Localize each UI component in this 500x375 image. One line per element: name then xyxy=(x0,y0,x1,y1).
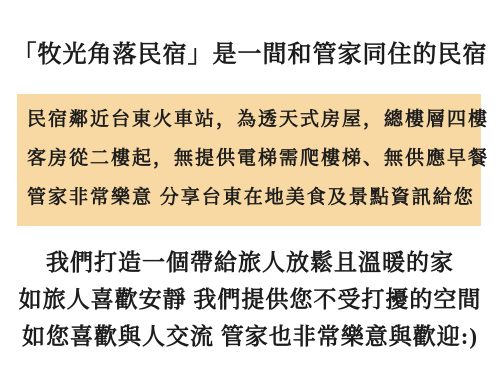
highlight-line-2: 客房從二樓起，無提供電梯需爬樓梯、無供應早餐 xyxy=(27,139,471,178)
description-paragraph: 我們打造一個帶給旅人放鬆且溫暖的家 如旅人喜歡安靜 我們提供您不受打擾的空間 如… xyxy=(0,244,500,355)
description-line-1: 我們打造一個帶給旅人放鬆且溫暖的家 xyxy=(0,244,500,281)
description-line-3: 如您喜歡與人交流 管家也非常樂意與歡迎:) xyxy=(0,318,500,355)
page-title: 「牧光角落民宿」是一間和管家同住的民宿 xyxy=(0,0,500,70)
highlight-line-3: 管家非常樂意 分享台東在地美食及景點資訊給您 xyxy=(27,178,471,217)
description-line-2: 如旅人喜歡安靜 我們提供您不受打擾的空間 xyxy=(0,281,500,318)
highlight-line-1: 民宿鄰近台東火車站，為透天式房屋，總樓層四樓 xyxy=(27,100,471,139)
document-page: 「牧光角落民宿」是一間和管家同住的民宿 民宿鄰近台東火車站，為透天式房屋，總樓層… xyxy=(0,0,500,375)
highlight-box: 民宿鄰近台東火車站，為透天式房屋，總樓層四樓 客房從二樓起，無提供電梯需爬樓梯、… xyxy=(17,94,481,226)
